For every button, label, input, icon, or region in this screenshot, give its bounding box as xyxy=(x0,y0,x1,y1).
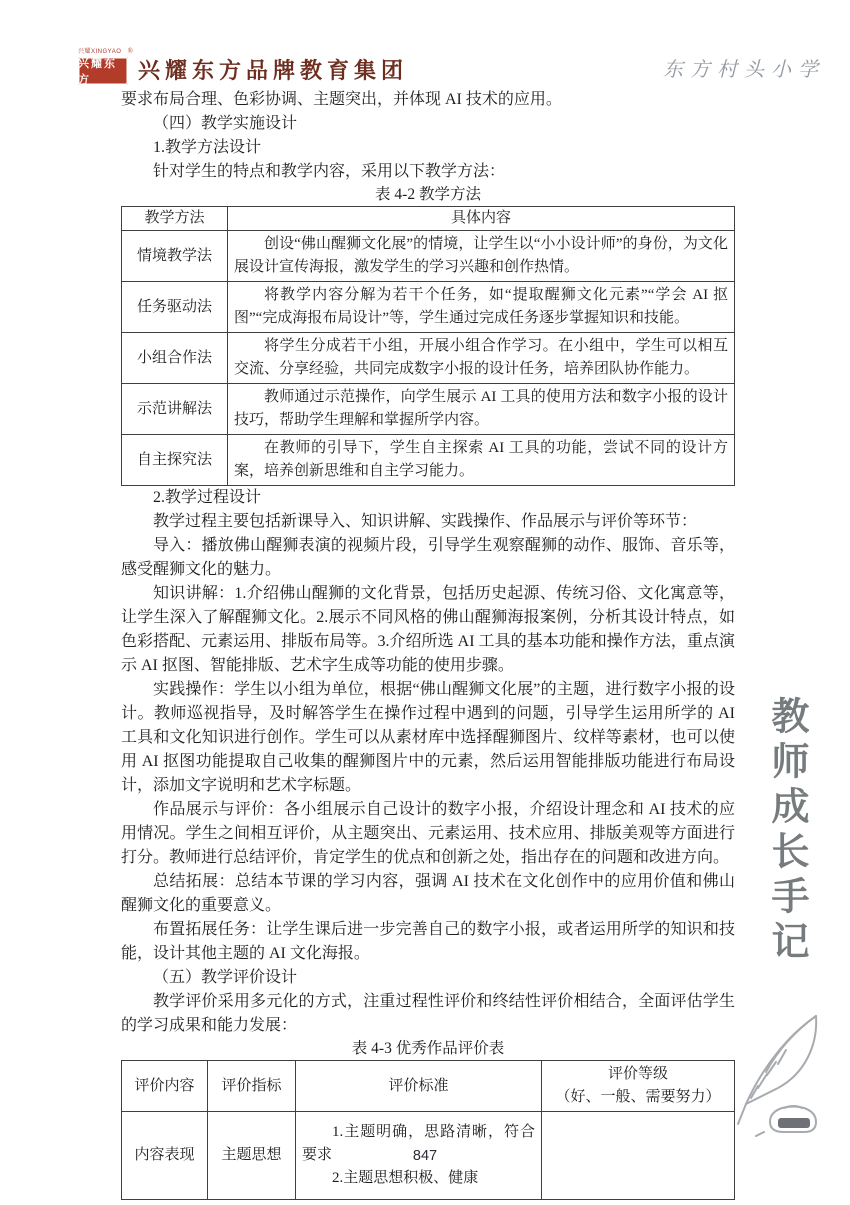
column-header-method: 教学方法 xyxy=(122,207,228,231)
detail-cell: 将教学内容分解为若干个任务，如“提取醒狮文化元素”“学会 AI 抠图”“完成海报… xyxy=(234,284,728,330)
company-name: 兴耀东方品牌教育集团 xyxy=(138,54,408,89)
teacher-growth-journal-calligraphy: 教师成长手记 xyxy=(759,696,814,966)
paragraph-showcase: 作品展示与评价：各小组展示自己设计的数字小报，介绍设计理念和 AI 技术的应用情… xyxy=(121,798,735,870)
table-row: 示范讲解法 教师通过示范操作，向学生展示 AI 工具的使用方法和数字小报的设计技… xyxy=(122,384,735,435)
table-row: 情境教学法 创设“佛山醒狮文化展”的情境，让学生以“小小设计师”的身份，为文化展… xyxy=(122,231,735,282)
page-header: 兴耀XINGYAO ® 兴耀东方 兴耀东方品牌教育集团 东方村头小学 xyxy=(78,46,825,92)
document-page: 兴耀XINGYAO ® 兴耀东方 兴耀东方品牌教育集团 东方村头小学 要求布局合… xyxy=(0,0,850,1205)
method-lead-paragraph: 针对学生的特点和教学内容，采用以下教学方法： xyxy=(121,160,735,184)
paragraph-homework: 布置拓展任务：让学生课后进一步完善自己的数字小报，或者运用所学的知识和技能，设计… xyxy=(121,918,735,966)
detail-cell: 创设“佛山醒狮文化展”的情境，让学生以“小小设计师”的身份，为文化展设计宣传海报… xyxy=(234,233,728,279)
paragraph-import: 导入：播放佛山醒狮表演的视频片段，引导学生观察醒狮的动作、服饰、音乐等，感受醒狮… xyxy=(121,534,735,582)
registered-trademark-icon: ® xyxy=(128,47,133,55)
column-header-content: 评价内容 xyxy=(122,1061,208,1112)
teaching-methods-table: 教学方法 具体内容 情境教学法 创设“佛山醒狮文化展”的情境，让学生以“小小设计… xyxy=(121,206,735,486)
method-cell: 情境教学法 xyxy=(122,231,228,282)
grade-header-line2: （好、一般、需要努力） xyxy=(546,1086,730,1109)
table-4-3-caption: 表 4-3 优秀作品评价表 xyxy=(121,1038,735,1060)
table-row: 小组合作法 将学生分成若干小组，开展小组合作学习。在小组中，学生可以相互交流、分… xyxy=(122,333,735,384)
evaluation-table: 评价内容 评价指标 评价标准 评价等级 （好、一般、需要努力） 内容表现 主题思… xyxy=(121,1060,735,1200)
table-header-row: 评价内容 评价指标 评价标准 评价等级 （好、一般、需要努力） xyxy=(122,1061,735,1112)
paragraph-summary: 总结拓展：总结本节课的学习内容，强调 AI 技术在文化创作中的应用价值和佛山醒狮… xyxy=(121,870,735,918)
section-5-heading: （五）教学评价设计 xyxy=(121,966,735,990)
column-header-grade: 评价等级 （好、一般、需要努力） xyxy=(542,1061,735,1112)
seal-main-text: 兴耀东方 xyxy=(78,57,128,85)
paragraph-knowledge: 知识讲解：1.介绍佛山醒狮的文化背景，包括历史起源、传统习俗、文化寓意等，让学生… xyxy=(121,582,735,678)
page-number: 847 xyxy=(0,1148,850,1164)
school-name: 东方村头小学 xyxy=(663,53,825,86)
criteria-item: 2.主题思想积极、健康 xyxy=(302,1167,535,1190)
brand-block: 兴耀XINGYAO ® 兴耀东方 兴耀东方品牌教育集团 xyxy=(78,49,408,89)
table-header-row: 教学方法 具体内容 xyxy=(122,207,735,231)
paragraph-practice: 实践操作：学生以小组为单位，根据“佛山醒狮文化展”的主题，进行数字小报的设计。教… xyxy=(121,678,735,798)
column-header-indicator: 评价指标 xyxy=(208,1061,296,1112)
column-header-detail: 具体内容 xyxy=(228,207,735,231)
grade-header-line1: 评价等级 xyxy=(546,1063,730,1086)
table-row: 自主探究法 在教师的引导下，学生自主探索 AI 工具的功能，尝试不同的设计方案，… xyxy=(122,435,735,486)
document-body: 要求布局合理、色彩协调、主题突出，并体现 AI 技术的应用。 （四）教学实施设计… xyxy=(121,88,735,1200)
method-cell: 示范讲解法 xyxy=(122,384,228,435)
method-cell: 任务驱动法 xyxy=(122,282,228,333)
paragraph-intro: 要求布局合理、色彩协调、主题突出，并体现 AI 技术的应用。 xyxy=(121,88,735,112)
company-seal-logo: 兴耀XINGYAO ® 兴耀东方 xyxy=(78,49,130,89)
detail-cell: 将学生分成若干小组，开展小组合作学习。在小组中，学生可以相互交流、分享经验，共同… xyxy=(234,335,728,381)
table-row: 任务驱动法 将教学内容分解为若干个任务，如“提取醒狮文化元素”“学会 AI 抠图… xyxy=(122,282,735,333)
section-4-heading: （四）教学实施设计 xyxy=(121,112,735,136)
method-cell: 小组合作法 xyxy=(122,333,228,384)
method-design-heading: 1.教学方法设计 xyxy=(121,136,735,160)
column-header-criteria: 评价标准 xyxy=(296,1061,542,1112)
detail-cell: 教师通过示范操作，向学生展示 AI 工具的使用方法和数字小报的设计技巧，帮助学生… xyxy=(234,386,728,432)
detail-cell: 在教师的引导下，学生自主探索 AI 工具的功能，尝试不同的设计方案，培养创新思维… xyxy=(234,437,728,483)
process-lead-paragraph: 教学过程主要包括新课导入、知识讲解、实践操作、作品展示与评价等环节： xyxy=(121,510,735,534)
process-design-heading: 2.教学过程设计 xyxy=(121,486,735,510)
method-cell: 自主探究法 xyxy=(122,435,228,486)
evaluation-lead-paragraph: 教学评价采用多元化的方式，注重过程性评价和终结性评价相结合，全面评估学生的学习成… xyxy=(121,990,735,1038)
table-4-2-caption: 表 4-2 教学方法 xyxy=(121,184,735,206)
quill-and-inkwell-icon xyxy=(720,1012,832,1150)
